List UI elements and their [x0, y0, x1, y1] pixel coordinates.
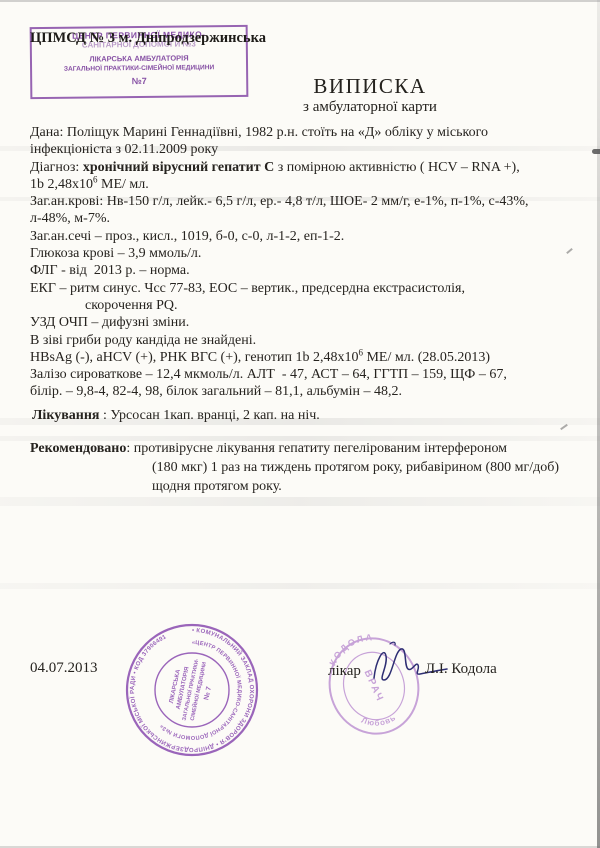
diagnosis-bold: хронічний вірусний гепатит С [83, 160, 274, 175]
recommendation-label: Рекомендовано [30, 441, 126, 456]
treatment-label: Лікування [32, 408, 99, 423]
round-seal: • КОМУНАЛЬНИЙ ЗАКЛАД ОХОРОНИ ЗДОРОВ'Я • … [122, 620, 262, 760]
svg-text:№ 7: № 7 [202, 686, 213, 701]
diagnosis-line: Діагноз: хронічний вірусний гепатит С з … [30, 159, 529, 176]
stamp-line: ЗАГАЛЬНОЇ ПРАКТИКИ-СІМЕЙНОЇ МЕДИЦИНИ [32, 64, 246, 73]
biochem-line: білір. – 9,8-4, 82-4, 98, білок загальни… [30, 383, 529, 400]
doctor-name: Л.І. Кодола [425, 661, 497, 678]
glucose-line: Глюкоза крові – 3,9 ммоль/л. [30, 245, 529, 262]
document-date: 04.07.2013 [30, 660, 98, 677]
stamp-line: ЛІКАРСЬКА АМБУЛАТОРІЯ [32, 53, 246, 64]
recommendation-section: Рекомендовано: противірусне лікування ге… [30, 440, 559, 496]
page-edge-top [0, 0, 600, 2]
serology-date: МЕ/ мл. (28.05.2013) [363, 350, 490, 365]
recommendation-text: : противірусне лікування гепатиту пегелі… [126, 441, 507, 456]
seal-center-text: ЛІКАРСЬКА АМБУЛАТОРІЯ ЗАГАЛЬНОЇ ПРАКТИКИ… [166, 655, 218, 725]
blood-test-line: Заг.ан.крові: Нв-150 г/л, лейк.- 6,5 г/л… [30, 193, 529, 210]
recommendation-line: (180 мкг) 1 раз на тиждень протягом року… [30, 459, 559, 478]
blood-test-line: л-48%, м-7%. [30, 210, 529, 227]
treatment-text: : Урсосан 1кап. вранці, 2 кап. на ніч. [99, 408, 319, 423]
document-subtitle: з амбулаторної карти [140, 99, 600, 116]
viral-load-units: МЕ/ мл. [98, 177, 149, 192]
serology-values: HBsAg (-), аHCV (+), РНК ВГС (+), геноти… [30, 350, 358, 365]
doctor-label: лікар [328, 663, 361, 680]
serology-line: HBsAg (-), аHCV (+), РНК ВГС (+), геноти… [30, 349, 529, 366]
scan-streak [0, 497, 600, 506]
diagnosis-rest: з помірною активністю ( HCV – RNA +), [274, 160, 520, 175]
recommendation-line: щодня протягом року. [30, 478, 559, 497]
patient-line: Дана: Поліщук Марині Геннадіївні, 1982 р… [30, 124, 529, 141]
scan-streak [0, 583, 600, 589]
treatment-line: Лікування : Урсосан 1кап. вранці, 2 кап.… [32, 407, 320, 424]
ultrasound-line: УЗД ОЧП – дифузні зміни. [30, 314, 529, 331]
scan-speck [566, 248, 573, 254]
urine-test-line: Заг.ан.сечі – проз., кисл., 1019, б-0, с… [30, 228, 529, 245]
throat-line: В зіві гриби роду кандіда не знайдені. [30, 332, 529, 349]
recommendation-line: Рекомендовано: противірусне лікування ге… [30, 440, 559, 459]
document-body: Дана: Поліщук Марині Геннадіївні, 1982 р… [30, 124, 529, 401]
biochem-line: Залізо сироваткове – 12,4 мкмоль/л. АЛТ … [30, 366, 529, 383]
document-title: ВИПИСКА [140, 74, 600, 99]
signature-flourish [390, 642, 395, 645]
treatment-section: Лікування : Урсосан 1кап. вранці, 2 кап.… [32, 407, 320, 424]
diagnosis-line: 1b 2,48x106 МЕ/ мл. [30, 176, 529, 193]
viral-load-value: 1b 2,48x10 [30, 177, 93, 192]
flg-line: ФЛГ - від 2013 р. – норма. [30, 262, 529, 279]
typed-clinic-name: ЦПМСД № 3 м. Дніпродзержинська [30, 30, 266, 47]
diagnosis-label: Діагноз: [30, 160, 83, 175]
ekg-line: ЕКГ – ритм синус. Чсс 77-83, ЕОС – верти… [30, 280, 529, 297]
scanned-medical-extract-page: ЦЕНТР ПЕРВИННОЇ МЕДИКО- САНІТАРНОЇ ДОПОМ… [0, 0, 600, 848]
patient-line: інфекціоніста з 02.11.2009 року [30, 141, 529, 158]
ekg-line: скорочення PQ. [30, 297, 529, 314]
